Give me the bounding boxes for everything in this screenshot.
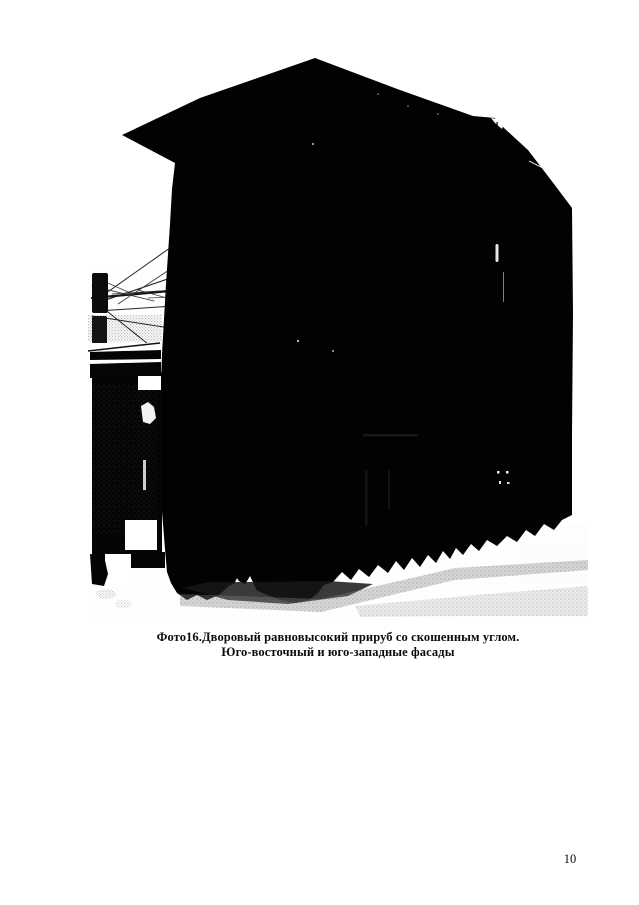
- photo-figure: [88, 54, 588, 620]
- page-number: 10: [540, 852, 600, 867]
- caption-line-1: Фото16.Дворовый равновысокий прируб со с…: [88, 630, 588, 645]
- fence-structure: [88, 315, 165, 586]
- photo-caption: Фото16.Дворовый равновысокий прируб со с…: [88, 630, 588, 660]
- photo-image: [88, 54, 588, 620]
- building-silhouette: [122, 58, 573, 603]
- document-page: Фото16.Дворовый равновысокий прируб со с…: [0, 0, 639, 905]
- caption-line-2: Юго-восточный и юго-западные фасады: [88, 645, 588, 660]
